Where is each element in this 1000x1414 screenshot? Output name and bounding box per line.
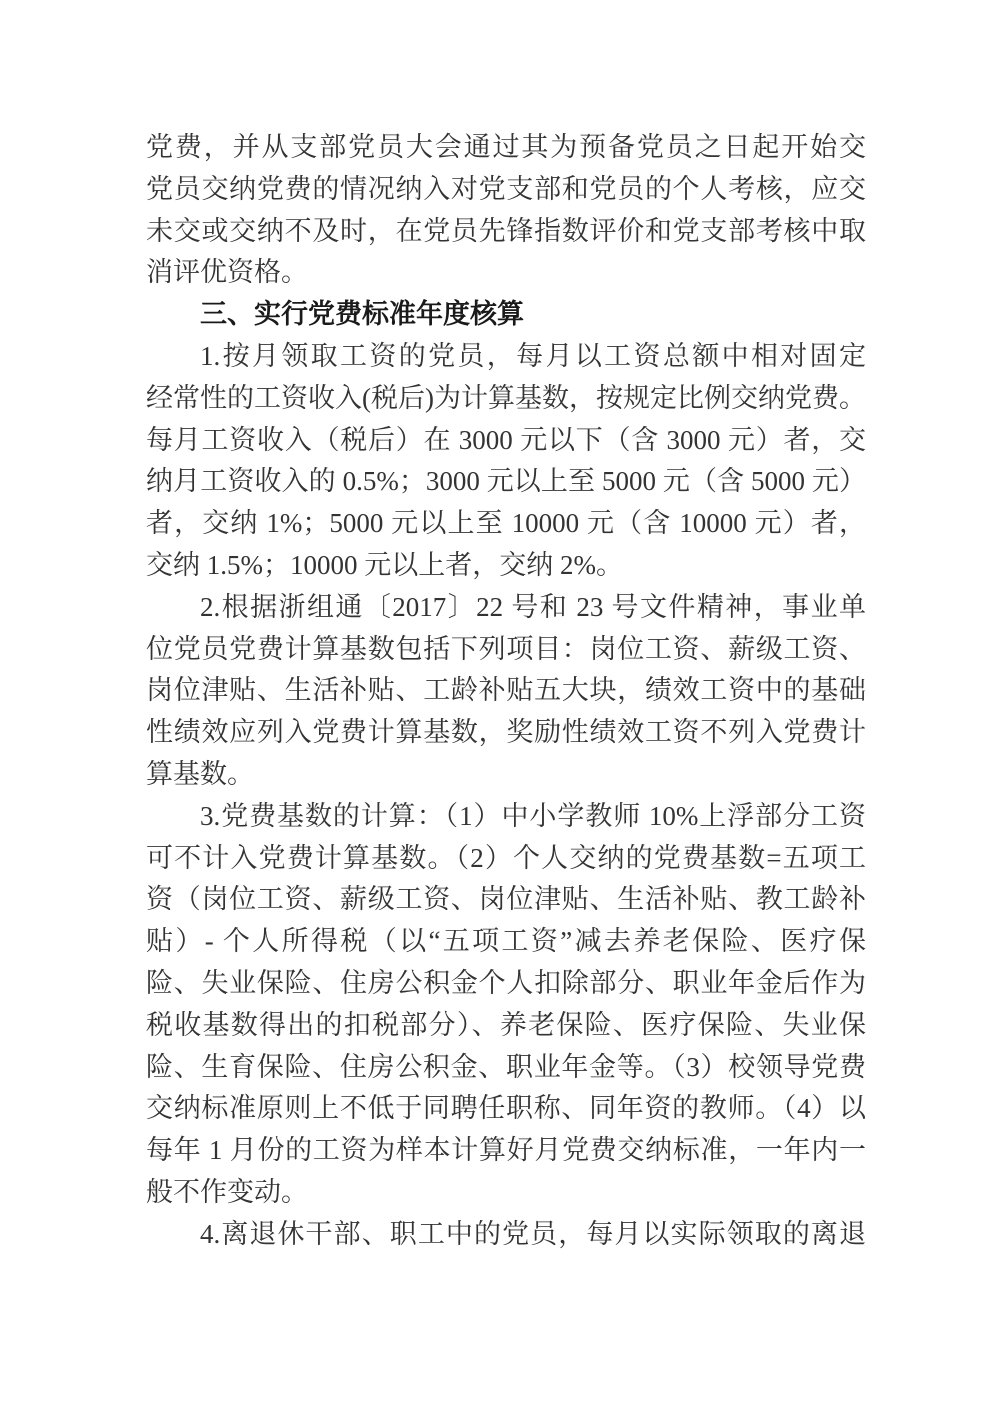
text-line: 每年 1 月份的工资为样本计算好月党费交纳标准，一年内一: [146, 1130, 866, 1172]
text-line: 算基数。: [146, 754, 866, 796]
text-line: 者，交纳 1%；5000 元以上至 10000 元（含 10000 元）者，: [146, 503, 866, 545]
section-heading: 三、实行党费标准年度核算: [146, 294, 866, 336]
paragraph-item-3: 3.党费基数的计算：（1）中小学教师 10%上浮部分工资可不计入党费计算基数。（…: [146, 796, 866, 1214]
text-line: 3.党费基数的计算：（1）中小学教师 10%上浮部分工资: [146, 796, 866, 838]
text-line: 性绩效应列入党费计算基数，奖励性绩效工资不列入党费计: [146, 712, 866, 754]
text-line: 2.根据浙组通〔2017〕22 号和 23 号文件精神，事业单: [146, 587, 866, 629]
document-page: 党费，并从支部党员大会通过其为预备党员之日起开始交纳。党员交纳党费的情况纳入对党…: [0, 0, 1000, 1414]
text-line: 贴）- 个人所得税（以“五项工资”减去养老保险、医疗保: [146, 921, 866, 963]
text-line: 1.按月领取工资的党员，每月以工资总额中相对固定的、: [146, 336, 866, 378]
text-line: 资（岗位工资、薪级工资、岗位津贴、生活补贴、教工龄补: [146, 879, 866, 921]
paragraph-continuation: 党费，并从支部党员大会通过其为预备党员之日起开始交纳。党员交纳党费的情况纳入对党…: [146, 127, 866, 294]
paragraph-item-4: 4.离退休干部、职工中的党员，每月以实际领取的离退: [146, 1214, 866, 1256]
text-line: 位党员党费计算基数包括下列项目：岗位工资、薪级工资、: [146, 629, 866, 671]
text-line: 险、失业保险、住房公积金个人扣除部分、职业年金后作为: [146, 963, 866, 1005]
heading-line: 三、实行党费标准年度核算: [146, 294, 866, 336]
text-line: 未交或交纳不及时，在党员先锋指数评价和党支部考核中取: [146, 211, 866, 253]
text-line: 经常性的工资收入(税后)为计算基数，按规定比例交纳党费。: [146, 378, 866, 420]
text-line: 交纳 1.5%；10000 元以上者，交纳 2%。: [146, 545, 866, 587]
paragraph-item-2: 2.根据浙组通〔2017〕22 号和 23 号文件精神，事业单位党员党费计算基数…: [146, 587, 866, 796]
text-line: 党费，并从支部党员大会通过其为预备党员之日起开始交纳。: [146, 127, 866, 169]
text-line: 税收基数得出的扣税部分）、养老保险、医疗保险、失业保: [146, 1005, 866, 1047]
text-line: 可不计入党费计算基数。（2）个人交纳的党费基数=五项工: [146, 838, 866, 880]
text-line: 纳月工资收入的 0.5%；3000 元以上至 5000 元（含 5000 元）: [146, 461, 866, 503]
text-line: 消评优资格。: [146, 252, 866, 294]
text-line: 岗位津贴、生活补贴、工龄补贴五大块，绩效工资中的基础: [146, 670, 866, 712]
text-line: 险、生育保险、住房公积金、职业年金等。（3）校领导党费: [146, 1047, 866, 1089]
document-content: 党费，并从支部党员大会通过其为预备党员之日起开始交纳。党员交纳党费的情况纳入对党…: [146, 127, 866, 1256]
text-line: 般不作变动。: [146, 1172, 866, 1214]
text-line: 交纳标准原则上不低于同聘任职称、同年资的教师。（4）以: [146, 1088, 866, 1130]
text-line: 每月工资收入（税后）在 3000 元以下（含 3000 元）者，交: [146, 420, 866, 462]
paragraph-item-1: 1.按月领取工资的党员，每月以工资总额中相对固定的、经常性的工资收入(税后)为计…: [146, 336, 866, 587]
text-line: 4.离退休干部、职工中的党员，每月以实际领取的离退: [146, 1214, 866, 1256]
text-line: 党员交纳党费的情况纳入对党支部和党员的个人考核，应交: [146, 169, 866, 211]
